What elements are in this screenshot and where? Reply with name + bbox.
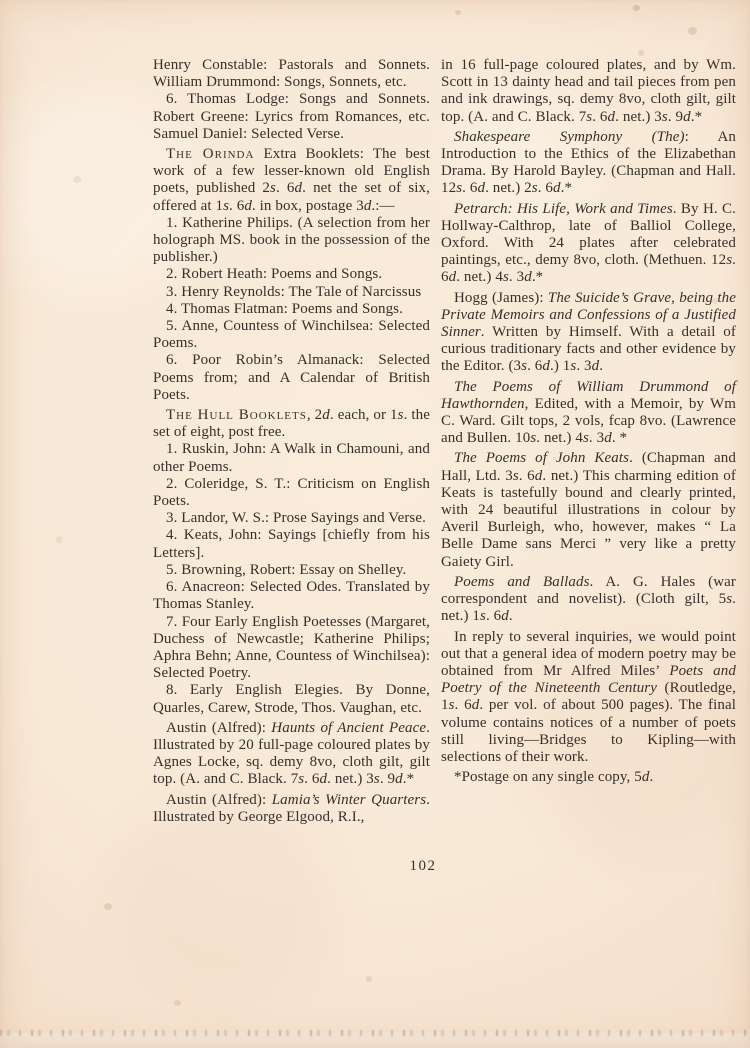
text-run: . 3 bbox=[589, 430, 604, 446]
paragraph: 1. Ruskin, John: A Walk in Chamouni, and… bbox=[153, 441, 430, 475]
text-run: 1. Ruskin, John: A Walk in Chamouni, and… bbox=[153, 441, 430, 474]
paragraph: Hogg (James): The Suicide’s Grave, being… bbox=[441, 290, 736, 376]
paragraph: 2. Coleridge, S. T.: Criticism on Englis… bbox=[153, 476, 430, 510]
paragraph: 7. Four Early English Poetesses (Margare… bbox=[153, 614, 430, 683]
text-run: 5. Browning, Robert: Essay on Shelley. bbox=[166, 562, 406, 578]
text-run: .* bbox=[403, 771, 414, 787]
text-run: . net.) 4 bbox=[456, 269, 503, 285]
text-run: .* bbox=[691, 109, 702, 125]
italic-text: Petrarch: His Life, Work and Times bbox=[454, 201, 673, 217]
paragraph: The Hull Booklets, 2d. each, or 1s. the … bbox=[153, 407, 430, 441]
text-run: 4. Thomas Flatman: Poems and Songs. bbox=[166, 301, 403, 317]
text-run: . 9 bbox=[668, 109, 683, 125]
text-run: . 6 bbox=[538, 180, 553, 196]
paragraph: Henry Constable: Pastorals and Sonnets. … bbox=[153, 57, 430, 91]
italic-text: d bbox=[604, 430, 612, 446]
page-number: 102 bbox=[410, 858, 437, 875]
text-run: . per vol. of about 500 pages). The fina… bbox=[441, 697, 736, 765]
text-run: .* bbox=[561, 180, 572, 196]
paragraph: 6. Thomas Lodge: Songs and Sonnets. Robe… bbox=[153, 91, 430, 143]
italic-text: d bbox=[608, 109, 616, 125]
text-run: . bbox=[599, 358, 603, 374]
text-run: . in box, postage 3 bbox=[252, 198, 364, 214]
paragraph: Shakespeare Symphony (The): An Introduct… bbox=[441, 129, 736, 198]
paragraph: 8. Early English Elegies. By Donne, Quar… bbox=[153, 682, 430, 716]
paragraph: 4. Keats, John: Sayings [chiefly from hi… bbox=[153, 527, 430, 561]
paragraph: 6. Anacreon: Selected Odes. Translated b… bbox=[153, 579, 430, 613]
text-run: . 3 bbox=[576, 358, 591, 374]
text-run: 6. Anacreon: Selected Odes. Translated b… bbox=[153, 579, 430, 612]
text-run: . 6 bbox=[276, 180, 295, 196]
text-run: . bbox=[649, 769, 653, 785]
paragraph: 1. Katherine Philips. (A selection from … bbox=[153, 215, 430, 267]
paragraph: in 16 full-page coloured plates, and by … bbox=[441, 57, 736, 126]
small-caps-text: The Orinda bbox=[166, 146, 254, 162]
text-run: . 6 bbox=[455, 697, 472, 713]
text-run: 7. Four Early English Poetesses (Margare… bbox=[153, 614, 430, 682]
paragraph: 6. Poor Robin’s Almanack: Selected Poems… bbox=[153, 352, 430, 404]
text-run: *Postage on any single copy, 5 bbox=[454, 769, 642, 785]
text-run: . bbox=[509, 608, 513, 624]
text-run: . 6 bbox=[229, 198, 244, 214]
italic-text: d bbox=[553, 180, 561, 196]
paragraph: Poems and Ballads. A. G. Hales (war corr… bbox=[441, 574, 736, 626]
italic-text: The Poems of John Keats bbox=[454, 450, 629, 466]
text-run: . net.) 2 bbox=[485, 180, 532, 196]
scanned-page: Henry Constable: Pastorals and Sonnets. … bbox=[0, 0, 750, 1048]
paragraph: *Postage on any single copy, 5d. bbox=[441, 769, 736, 786]
italic-text: Haunts of Ancient Peace bbox=[271, 720, 426, 736]
paragraph: In reply to several inquiries, we would … bbox=[441, 629, 736, 767]
text-run: . 6 bbox=[519, 468, 535, 484]
italic-text: d bbox=[683, 109, 691, 125]
text-run: . 6 bbox=[462, 180, 477, 196]
paragraph: 5. Browning, Robert: Essay on Shelley. bbox=[153, 562, 430, 579]
text-run: . net.) 4 bbox=[536, 430, 583, 446]
text-run: 3. Henry Reynolds: The Tale of Narcissus bbox=[166, 284, 421, 300]
text-run: , 2 bbox=[307, 407, 322, 423]
text-run: 6. Poor Robin’s Almanack: Selected Poems… bbox=[153, 352, 430, 402]
torn-bottom-edge bbox=[0, 1033, 750, 1048]
text-run: .* bbox=[532, 269, 543, 285]
text-run: . net.) 3 bbox=[615, 109, 662, 125]
text-run: . 6 bbox=[304, 771, 319, 787]
right-column: in 16 full-page coloured plates, and by … bbox=[441, 57, 736, 786]
text-run: . * bbox=[612, 430, 627, 446]
text-run: 3. Landor, W. S.: Prose Sayings and Vers… bbox=[166, 510, 426, 526]
paragraph: 5. Anne, Countess of Winchilsea: Selecte… bbox=[153, 318, 430, 352]
text-run: 5. Anne, Countess of Winchilsea: Selecte… bbox=[153, 318, 430, 351]
text-run: .) 1 bbox=[550, 358, 570, 374]
text-run: . 9 bbox=[380, 771, 395, 787]
paragraph: 3. Landor, W. S.: Prose Sayings and Vers… bbox=[153, 510, 430, 527]
italic-text: d bbox=[542, 358, 550, 374]
text-run: . 6 bbox=[486, 608, 501, 624]
paragraph: 3. Henry Reynolds: The Tale of Narcissus bbox=[153, 284, 430, 301]
text-run: . net.) 3 bbox=[327, 771, 374, 787]
text-run: Hogg (James): bbox=[454, 290, 548, 306]
text-run: Austin (Alfred): bbox=[166, 792, 272, 808]
left-column: Henry Constable: Pastorals and Sonnets. … bbox=[153, 57, 430, 826]
text-run: .:— bbox=[371, 198, 394, 214]
italic-text: d bbox=[295, 180, 303, 196]
italic-text: d bbox=[477, 180, 485, 196]
paragraph: The Poems of John Keats. (Chapman and Ha… bbox=[441, 450, 736, 570]
paragraph: Austin (Alfred): Lamia’s Winter Quarters… bbox=[153, 792, 430, 826]
text-run: . 3 bbox=[509, 269, 524, 285]
italic-text: Shakespeare Symphony (The) bbox=[454, 129, 685, 145]
paragraph: Austin (Alfred): Haunts of Ancient Peace… bbox=[153, 720, 430, 789]
italic-text: d bbox=[322, 407, 330, 423]
italic-text: d bbox=[244, 198, 252, 214]
italic-text: d bbox=[524, 269, 532, 285]
paragraph: 2. Robert Heath: Poems and Songs. bbox=[153, 266, 430, 283]
paragraph: The Orinda Extra Booklets: The best work… bbox=[153, 146, 430, 215]
text-run: 4. Keats, John: Sayings [chiefly from hi… bbox=[153, 527, 430, 560]
paragraph: Petrarch: His Life, Work and Times. By H… bbox=[441, 201, 736, 287]
text-run: . 6 bbox=[527, 358, 542, 374]
italic-text: d bbox=[320, 771, 328, 787]
italic-text: Lamia’s Winter Quarters bbox=[272, 792, 426, 808]
small-caps-text: The Hull Booklets bbox=[166, 407, 307, 423]
paragraph: 4. Thomas Flatman: Poems and Songs. bbox=[153, 301, 430, 318]
italic-text: d bbox=[501, 608, 509, 624]
text-run: Henry Constable: Pastorals and Sonnets. … bbox=[153, 57, 430, 90]
text-run: Austin (Alfred): bbox=[166, 720, 271, 736]
text-run: . 6 bbox=[592, 109, 607, 125]
text-run: 1. Katherine Philips. (A selection from … bbox=[153, 215, 430, 265]
text-run: . each, or 1 bbox=[330, 407, 398, 423]
paragraph: The Poems of William Drummond of Hawthor… bbox=[441, 379, 736, 448]
italic-text: Poems and Ballads bbox=[454, 574, 590, 590]
text-run: 6. Thomas Lodge: Songs and Sonnets. Robe… bbox=[153, 91, 430, 141]
italic-text: d bbox=[395, 771, 403, 787]
text-run: 8. Early English Elegies. By Donne, Quar… bbox=[153, 682, 430, 715]
text-run: 2. Coleridge, S. T.: Criticism on Englis… bbox=[153, 476, 430, 509]
text-run: 2. Robert Heath: Poems and Songs. bbox=[166, 266, 382, 282]
